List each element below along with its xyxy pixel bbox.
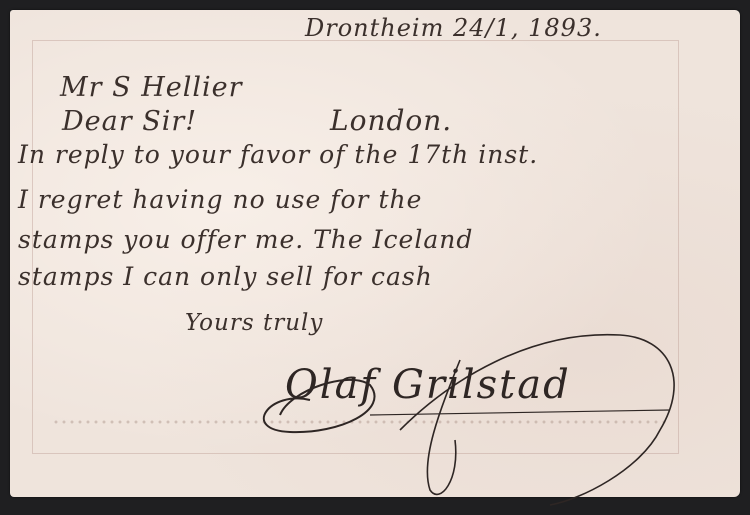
body-line-3: stamps you offer me. The Iceland (18, 225, 473, 254)
greeting: Dear Sir! (62, 106, 197, 137)
recipient-city: London. (330, 104, 452, 137)
signature-flourish-icon (250, 320, 700, 510)
recipient-name: Mr S Hellier (60, 72, 243, 103)
body-line-1: In reply to your favor of the 17th inst. (18, 140, 538, 169)
dateline: Drontheim 24/1, 1893. (305, 14, 602, 42)
signature: Olaf Grilstad (285, 362, 571, 408)
body-line-2: I regret having no use for the (18, 185, 422, 214)
body-line-4: stamps I can only sell for cash (18, 262, 433, 291)
